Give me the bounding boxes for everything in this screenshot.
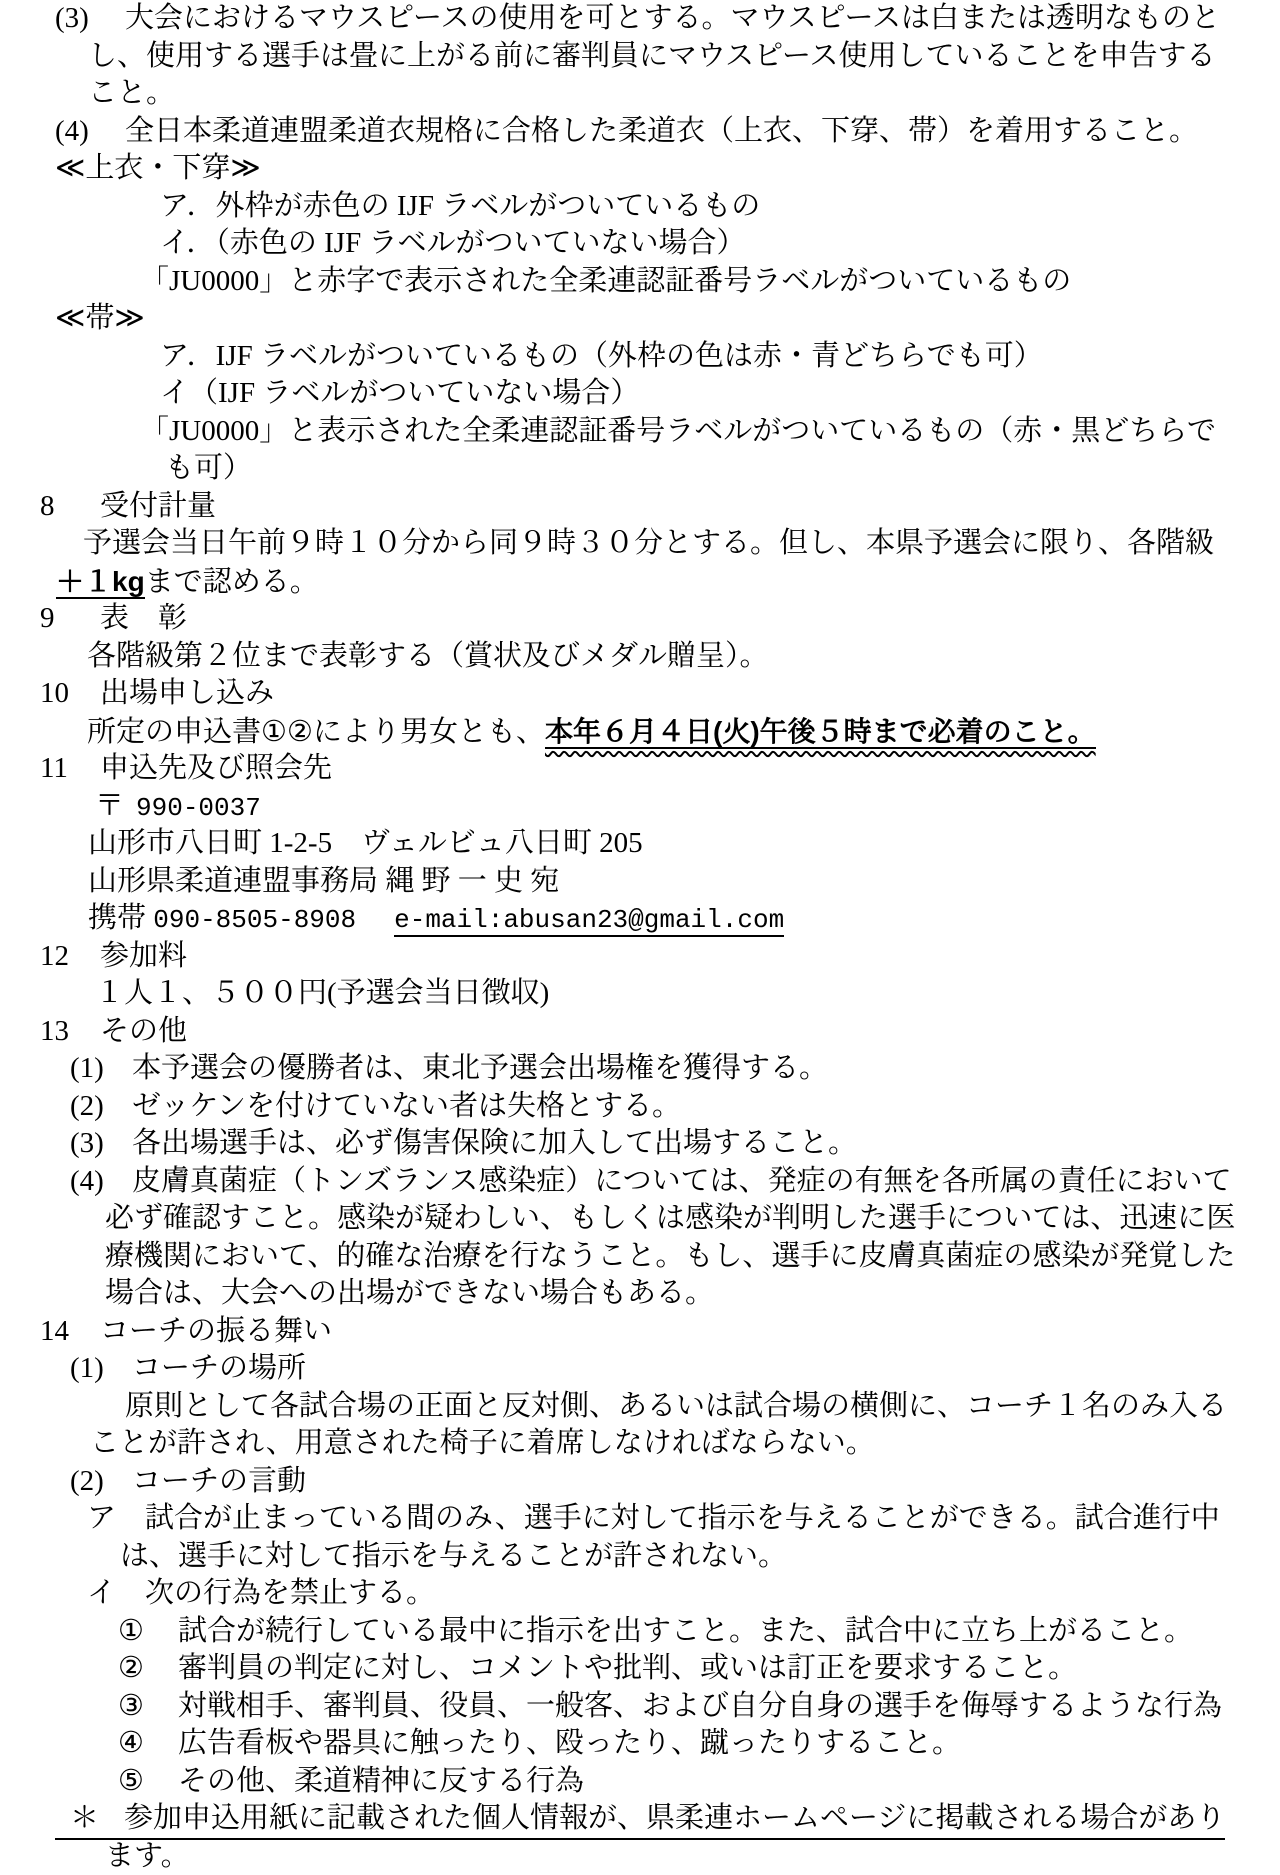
- line-text: 出場申し込み: [100, 677, 274, 709]
- line-text: 山形県柔道連盟事務局 縄 野 一 史 宛: [88, 865, 559, 897]
- line-text: その他: [100, 1015, 187, 1047]
- list-marker: (4): [70, 1163, 132, 1201]
- doc-line: 予選会当日午前９時１０分から同９時３０分とする。但し、本県予選会に限り、各階級: [0, 525, 1280, 563]
- doc-line: (4)皮膚真菌症（トンズランス感染症）については、発症の有無を各所属の責任におい…: [0, 1163, 1280, 1201]
- doc-line: 原則として各試合場の正面と反対側、あるいは試合場の横側に、コーチ１名のみ入る: [0, 1388, 1280, 1426]
- item-12-heading: 12参加料: [0, 938, 1280, 976]
- doc-line: (2)コーチの言動: [0, 1463, 1280, 1501]
- line-text: 参加料: [100, 940, 187, 972]
- line-text: こと。: [88, 77, 175, 109]
- underlined-note: ます。: [105, 1838, 190, 1875]
- item-number: 13: [40, 1013, 100, 1051]
- phone-number: 090-8505-8908: [153, 905, 356, 935]
- doc-line: ことが許され、用意された椅子に着席しなければならない。: [0, 1425, 1280, 1463]
- doc-line: は、選手に対して指示を与えることが許されない。: [0, 1538, 1280, 1576]
- doc-line: ア試合が止まっている間のみ、選手に対して指示を与えることができる。試合進行中: [0, 1500, 1280, 1538]
- item-number: 10: [40, 675, 100, 713]
- line-text: 対戦相手、審判員、役員、一般客、および自分自身の選手を侮辱するような行為: [178, 1690, 1222, 1722]
- line-text: 表 彰: [100, 602, 187, 634]
- line-text: 本予選会の優勝者は、東北予選会出場権を獲得する。: [132, 1052, 828, 1084]
- postal-mark: 〒: [95, 790, 124, 822]
- line-text: 参加申込用紙に記載された個人情報が、県柔連ホームページに掲載される場合があり: [124, 1802, 1225, 1834]
- doc-line: (3)大会におけるマウスピースの使用を可とする。マウスピースは白または透明なもの…: [0, 0, 1280, 38]
- list-marker: ア: [87, 1500, 145, 1538]
- line-text: 「JU0000」と赤字で表示された全柔連認証番号ラベルがついているもの: [140, 265, 1071, 297]
- doc-line: ③対戦相手、審判員、役員、一般客、および自分自身の選手を侮辱するような行為: [0, 1688, 1280, 1726]
- line-text: 次の行為を禁止する。: [145, 1577, 435, 1609]
- line-text: ≪上衣・下穿≫: [55, 152, 261, 184]
- doc-line: イ次の行為を禁止する。: [0, 1575, 1280, 1613]
- deadline-text: 本年６月４日(火)午後５時まで必着のこと。: [545, 716, 1096, 749]
- doc-line: (1)本予選会の優勝者は、東北予選会出場権を獲得する。: [0, 1050, 1280, 1088]
- doc-line: ⑤その他、柔道精神に反する行為: [0, 1763, 1280, 1801]
- doc-line: ②審判員の判定に対し、コメントや批判、或いは訂正を要求すること。: [0, 1650, 1280, 1688]
- line-text: 皮膚真菌症（トンズランス感染症）については、発症の有無を各所属の責任において: [132, 1165, 1232, 1197]
- line-text: ことが許され、用意された椅子に着席しなければならない。: [90, 1427, 875, 1459]
- line-text: 審判員の判定に対し、コメントや批判、或いは訂正を要求すること。: [178, 1652, 1077, 1684]
- doc-line: (1)コーチの場所: [0, 1350, 1280, 1388]
- line-text: 全日本柔道連盟柔道衣規格に合格した柔道衣（上衣、下穿、帯）を着用すること。: [125, 115, 1198, 147]
- asterisk-marker: ＊: [55, 1800, 124, 1838]
- line-text: コーチの言動: [132, 1465, 306, 1497]
- line-text: ア．IJF ラベルがついているもの（外枠の色は赤・青どちらでも可）: [160, 340, 1043, 372]
- line-text: １人１、５００円(予選会当日徴収): [95, 977, 549, 1009]
- privacy-note-line: ます。: [0, 1838, 1280, 1875]
- line-text: 「JU0000」と表示された全柔連認証番号ラベルがついているもの（赤・黒どちらで: [140, 415, 1216, 447]
- email-link[interactable]: e-mail:abusan23@gmail.com: [394, 905, 784, 937]
- doc-line: イ（IJF ラベルがついていない場合）: [0, 375, 1280, 413]
- plus-1kg-emphasis: ＋１kg: [56, 566, 145, 599]
- list-marker: (2): [70, 1088, 132, 1126]
- line-text: し、使用する選手は畳に上がる前に審判員にマウスピース使用していることを申告する: [88, 40, 1216, 72]
- doc-line: こと。: [0, 75, 1280, 113]
- line-text: 各出場選手は、必ず傷害保険に加入して出場すること。: [132, 1127, 857, 1159]
- list-marker: (1): [70, 1050, 132, 1088]
- line-text: 山形市八日町 1-2-5 ヴェルビュ八日町 205: [88, 827, 643, 859]
- section-heading-belt: ≪帯≫: [0, 300, 1280, 338]
- item-10-heading: 10出場申し込み: [0, 675, 1280, 713]
- circled-number-marker: ⑤: [118, 1763, 178, 1801]
- line-text: 療機関において、的確な治療を行なうこと。もし、選手に皮膚真菌症の感染が発覚した: [105, 1240, 1235, 1272]
- postal-code-line: 〒990-0037: [0, 788, 1280, 826]
- doc-line: ④広告看板や器具に触ったり、殴ったり、蹴ったりすること。: [0, 1725, 1280, 1763]
- doc-line: 各階級第２位まで表彰する（賞状及びメダル贈呈）。: [0, 638, 1280, 676]
- line-text: ア．外枠が赤色の IJF ラベルがついているもの: [160, 190, 760, 222]
- line-text: コーチの振る舞い: [100, 1315, 332, 1347]
- item-number: 14: [40, 1313, 100, 1351]
- list-marker: (3): [55, 0, 125, 38]
- line-text: イ．（赤色の IJF ラベルがついていない場合）: [160, 227, 745, 259]
- section-heading-jacket-pants: ≪上衣・下穿≫: [0, 150, 1280, 188]
- line-text: 広告看板や器具に触ったり、殴ったり、蹴ったりすること。: [178, 1727, 961, 1759]
- list-marker: (2): [70, 1463, 132, 1501]
- doc-line: 「JU0000」と表示された全柔連認証番号ラベルがついているもの（赤・黒どちらで: [0, 413, 1280, 451]
- list-marker: (3): [70, 1125, 132, 1163]
- line-text: 原則として各試合場の正面と反対側、あるいは試合場の横側に、コーチ１名のみ入る: [125, 1390, 1227, 1422]
- list-marker: (1): [70, 1350, 132, 1388]
- line-text: その他、柔道精神に反する行為: [178, 1765, 584, 1797]
- item-number: 9: [40, 600, 100, 638]
- item-14-heading: 14コーチの振る舞い: [0, 1313, 1280, 1351]
- fee-line: １人１、５００円(予選会当日徴収): [0, 975, 1280, 1013]
- doc-line: 「JU0000」と赤字で表示された全柔連認証番号ラベルがついているもの: [0, 263, 1280, 301]
- line-text: ゼッケンを付けていない者は失格とする。: [132, 1090, 681, 1122]
- doc-line: ア．外枠が赤色の IJF ラベルがついているもの: [0, 188, 1280, 226]
- line-text: ≪帯≫: [55, 302, 145, 334]
- line-text: 必ず確認すこと。感染が疑わしい、もしくは感染が判明した選手については、迅速に医: [105, 1202, 1235, 1234]
- line-text: まで認める。: [145, 566, 319, 598]
- item-13-heading: 13その他: [0, 1013, 1280, 1051]
- doc-line: (2)ゼッケンを付けていない者は失格とする。: [0, 1088, 1280, 1126]
- underlined-note: ＊参加申込用紙に記載された個人情報が、県柔連ホームページに掲載される場合があり: [55, 1800, 1225, 1840]
- doc-line: (3)各出場選手は、必ず傷害保険に加入して出場すること。: [0, 1125, 1280, 1163]
- line-text: イ（IJF ラベルがついていない場合）: [160, 377, 639, 409]
- doc-line: ＋１kgまで認める。: [0, 563, 1280, 601]
- circled-number-marker: ②: [118, 1650, 178, 1688]
- document-page: (3)大会におけるマウスピースの使用を可とする。マウスピースは白または透明なもの…: [0, 0, 1280, 1875]
- doc-line: イ．（赤色の IJF ラベルがついていない場合）: [0, 225, 1280, 263]
- line-text: 受付計量: [100, 490, 216, 522]
- addressee-line: 山形県柔道連盟事務局 縄 野 一 史 宛: [0, 863, 1280, 901]
- line-text: 各階級第２位まで表彰する（賞状及びメダル贈呈）。: [87, 640, 769, 672]
- line-text: 予選会当日午前９時１０分から同９時３０分とする。但し、本県予選会に限り、各階級: [83, 527, 1214, 559]
- doc-line: も可）: [0, 450, 1280, 488]
- doc-line: し、使用する選手は畳に上がる前に審判員にマウスピース使用していることを申告する: [0, 38, 1280, 76]
- circled-number-marker: ④: [118, 1725, 178, 1763]
- privacy-note-line: ＊参加申込用紙に記載された個人情報が、県柔連ホームページに掲載される場合があり: [0, 1800, 1280, 1838]
- doc-line: 所定の申込書①②により男女とも、本年６月４日(火)午後５時まで必着のこと。: [0, 713, 1280, 751]
- line-text: 場合は、大会への出場ができない場合もある。: [105, 1277, 714, 1309]
- item-9-heading: 9表 彰: [0, 600, 1280, 638]
- list-marker: イ: [87, 1575, 145, 1613]
- item-11-heading: 11申込先及び照会先: [0, 750, 1280, 788]
- doc-line: (4)全日本柔道連盟柔道衣規格に合格した柔道衣（上衣、下穿、帯）を着用すること。: [0, 113, 1280, 151]
- doc-line: 療機関において、的確な治療を行なうこと。もし、選手に皮膚真菌症の感染が発覚した: [0, 1238, 1280, 1276]
- address-line: 山形市八日町 1-2-5 ヴェルビュ八日町 205: [0, 825, 1280, 863]
- doc-line: ア．IJF ラベルがついているもの（外枠の色は赤・青どちらでも可）: [0, 338, 1280, 376]
- circled-number-marker: ③: [118, 1688, 178, 1726]
- line-text: 大会におけるマウスピースの使用を可とする。マウスピースは白または透明なものと: [125, 2, 1220, 34]
- line-text: 試合が止まっている間のみ、選手に対して指示を与えることができる。試合進行中: [145, 1502, 1220, 1534]
- doc-line: 必ず確認すこと。感染が疑わしい、もしくは感染が判明した選手については、迅速に医: [0, 1200, 1280, 1238]
- postal-code: 990-0037: [136, 793, 261, 823]
- circled-number-marker: ①: [118, 1613, 178, 1651]
- doc-line: 場合は、大会への出場ができない場合もある。: [0, 1275, 1280, 1313]
- line-text: も可）: [165, 452, 252, 484]
- line-text: 申込先及び照会先: [100, 752, 332, 784]
- deadline-emphasis: 本年６月４日(火)午後５時まで必着のこと。: [545, 716, 1096, 748]
- item-number: 8: [40, 488, 100, 526]
- item-8-heading: 8受付計量: [0, 488, 1280, 526]
- item-number: 12: [40, 938, 100, 976]
- line-text: 所定の申込書①②により男女とも、: [87, 716, 545, 748]
- item-number: 11: [40, 750, 100, 788]
- line-text: 試合が続行している最中に指示を出すこと。また、試合中に立ち上がること。: [178, 1615, 1193, 1647]
- line-text: コーチの場所: [132, 1352, 306, 1384]
- doc-line: ①試合が続行している最中に指示を出すこと。また、試合中に立ち上がること。: [0, 1613, 1280, 1651]
- list-marker: (4): [55, 113, 125, 151]
- line-text: 携帯: [88, 902, 153, 934]
- line-text: は、選手に対して指示を与えることが許されない。: [120, 1540, 787, 1572]
- contact-line: 携帯 090-8505-8908e-mail:abusan23@gmail.co…: [0, 900, 1280, 938]
